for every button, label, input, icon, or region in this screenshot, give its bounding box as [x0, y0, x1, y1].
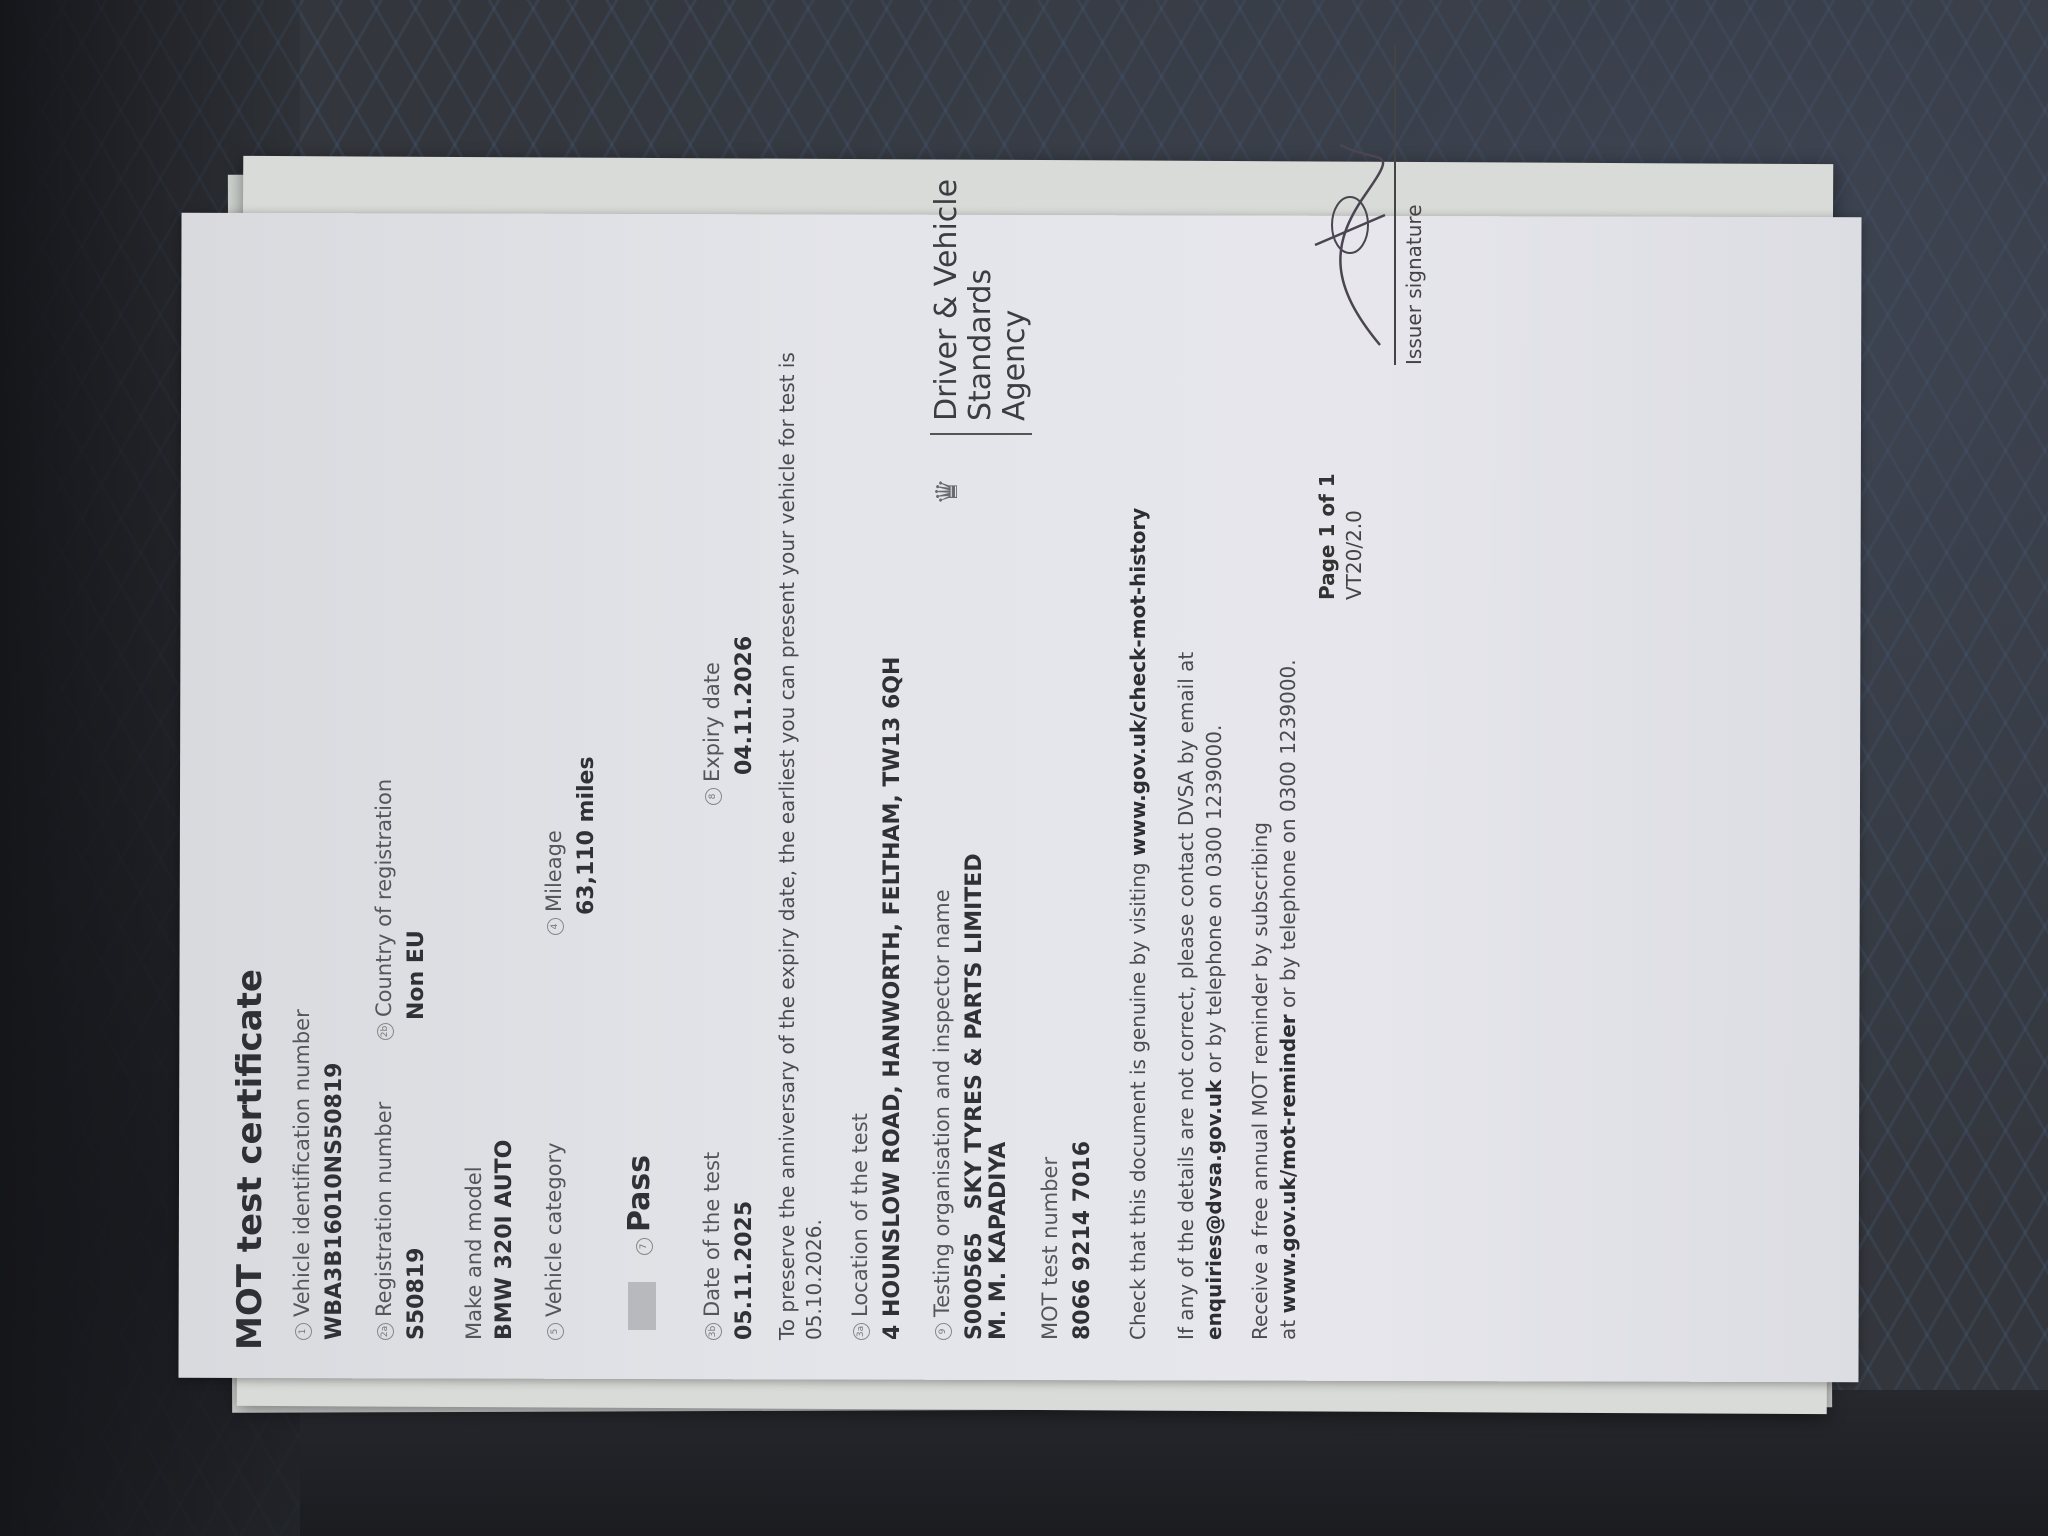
- check-mot-history-link[interactable]: www.gov.uk/check-mot-history: [1126, 508, 1150, 856]
- vehicle-category-label: 5Vehicle category: [542, 1142, 566, 1340]
- expiry-date-label: 8Expiry date: [700, 662, 724, 805]
- testing-org-value: S000565 SKY TYRES & PARTS LIMITED: [962, 853, 987, 1340]
- mileage-value: 63,110 miles: [574, 756, 599, 915]
- contact-notice-2: enquiries@dvsa.gov.uk or by telephone on…: [1202, 725, 1226, 1340]
- location-value: 4 HOUNSLOW ROAD, HANWORTH, FELTHAM, TW13…: [880, 657, 905, 1340]
- location-label: 3aLocation of the test: [848, 1113, 872, 1340]
- make-model-label: Make and model: [462, 1166, 486, 1340]
- country-value: Non EU: [404, 930, 429, 1020]
- test-date-label: 3bDate of the test: [700, 1152, 724, 1340]
- registration-label: 2aRegistration number: [372, 1102, 396, 1340]
- redaction-box: [628, 1282, 656, 1330]
- test-date-value: 05.11.2025: [732, 1201, 757, 1340]
- royal-crest-icon: ♛: [930, 478, 965, 505]
- registration-value: S50819: [404, 1248, 429, 1340]
- anniversary-date: 05.10.2026.: [802, 1219, 826, 1340]
- test-result: 7Pass: [622, 1155, 657, 1255]
- mot-reminder-link[interactable]: www.gov.uk/mot-reminder: [1276, 1014, 1300, 1313]
- signature-label: Issuer signature: [1402, 45, 1426, 365]
- anniversary-note: To preserve the anniversary of the expir…: [775, 352, 799, 1340]
- country-label: 2bCountry of registration: [372, 779, 396, 1040]
- inspector-name: M. M. KAPADIYA: [986, 1142, 1011, 1340]
- mileage-label: 4Mileage: [542, 830, 566, 935]
- reminder-notice-2: at www.gov.uk/mot-reminder or by telepho…: [1276, 659, 1300, 1340]
- pass-badge: Pass: [622, 1155, 657, 1232]
- form-code: VT20/2.0: [1342, 510, 1366, 600]
- test-number-label: MOT test number: [1038, 1157, 1062, 1340]
- dvsa-email-link[interactable]: enquiries@dvsa.gov.uk: [1202, 1080, 1226, 1340]
- genuine-notice: Check that this document is genuine by v…: [1126, 508, 1150, 1340]
- reminder-notice: Receive a free annual MOT reminder by su…: [1248, 822, 1272, 1340]
- signature-line: [1394, 45, 1396, 365]
- testing-org-label: 9Testing organisation and inspector name: [930, 889, 954, 1340]
- signature-scribble-icon: [1310, 45, 1390, 365]
- vin-value: WBA3B16010NS50819: [322, 1063, 347, 1340]
- expiry-date-value: 04.11.2026: [732, 636, 757, 775]
- dvsa-logo: ♛ Driver & Vehicle Standards Agency: [930, 179, 1032, 435]
- issuer-signature: Issuer signature: [1310, 45, 1426, 365]
- page-indicator: Page 1 of 1: [1315, 473, 1339, 600]
- mot-certificate-content: MOT test certificate 1Vehicle identifica…: [230, 240, 1790, 1350]
- vin-label: 1Vehicle identification number: [290, 1009, 314, 1340]
- page-title: MOT test certificate: [230, 969, 270, 1350]
- field-number: 1: [295, 1323, 312, 1340]
- make-model-value: BMW 320I AUTO: [492, 1140, 517, 1340]
- contact-notice: If any of the details are not correct, p…: [1174, 652, 1198, 1340]
- test-number-value: 8066 9214 7016: [1070, 1141, 1095, 1340]
